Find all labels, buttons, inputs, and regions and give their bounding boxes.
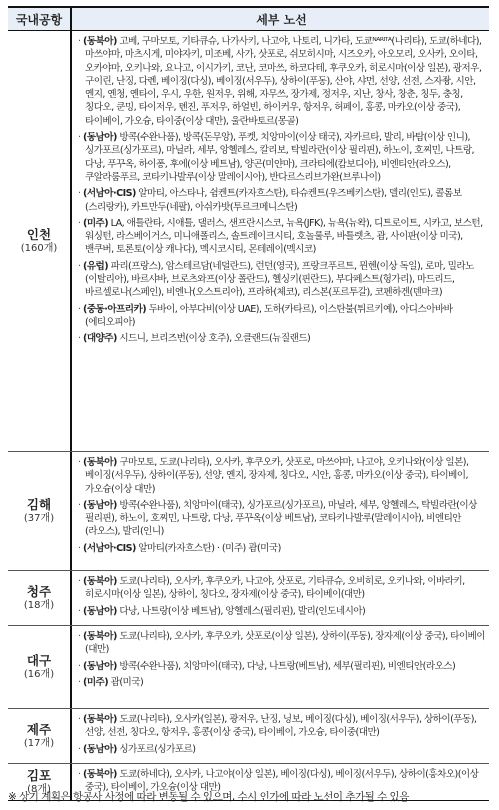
region-group: · (동남아) 싱가포르(싱가포르) <box>78 743 485 756</box>
airport-name: 청주 <box>27 584 51 599</box>
city-list: 도쿄(나리타), 오사카, 후쿠오카, 삿포로(이상 일본), 상하이(푸동),… <box>85 631 485 655</box>
routes-cell: · (동북아) 도쿄(나리타), 오사카, 후쿠오카, 나고야, 삿포로, 기타… <box>72 571 489 625</box>
airport-name: 인천 <box>27 227 51 242</box>
city-list: 도쿄(나리타), 오사카, 후쿠오카, 나고야, 삿포로, 기타큐슈, 오비히로… <box>85 576 465 600</box>
region-label: (미주) <box>83 218 108 229</box>
region-group: · (서남아·CIS) 알마티, 아스타나, 쉼켄트(카자흐스탄), 타슈켄트(… <box>78 187 485 214</box>
region-label: (유럽) <box>83 261 108 272</box>
airport-name: 제주 <box>27 722 51 737</box>
city-list: 방콕(수완나품), 치앙마이(태국), 다낭, 나트랑(베트남), 세부(필리핀… <box>117 661 455 672</box>
table-row: 대구 (16개)· (동북아) 도쿄(나리타), 오사카, 후쿠오카, 삿포로(… <box>8 626 489 709</box>
region-label: (동남아) <box>83 744 117 755</box>
city-list: 괌(미국) <box>108 677 143 688</box>
airport-cell: 대구 (16개) <box>8 626 72 708</box>
airport-cell: 제주 (17개) <box>8 709 72 763</box>
table-row: 김해 (37개)· (동북아) 구마모토, 도쿄(나리타), 오사카, 후쿠오카… <box>8 452 489 571</box>
region-label: (대양주) <box>83 333 117 344</box>
city-list: 도쿄(나리타), 오사카(일본), 광저우, 난징, 닝보, 베이징(다싱), … <box>85 714 476 738</box>
region-label: (동북아) <box>83 457 117 468</box>
region-label: (동남아) <box>83 661 117 672</box>
route-count: (18개) <box>24 599 54 612</box>
region-label: (동남아) <box>83 606 117 617</box>
route-count: (17개) <box>24 737 54 750</box>
airport-name: 김포 <box>27 768 51 783</box>
city-list: 구마모토, 도쿄(나리타), 오사카, 후쿠오카, 삿포로, 마쓰야마, 나고야… <box>85 457 469 495</box>
region-label: (동북아) <box>83 714 117 725</box>
airport-cell: 김해 (37개) <box>8 452 72 570</box>
region-group: · (동북아) 도쿄(나리타), 오사카, 후쿠오카, 삿포로(이상 일본), … <box>78 630 485 657</box>
region-group: · (중동·아프리카) 두바이, 아부다비(이상 UAE), 도하(카타르), … <box>78 303 485 330</box>
region-group: · (동북아) 도쿄(나리타), 오사카(일본), 광저우, 난징, 닝보, 베… <box>78 713 485 740</box>
region-label: (중동·아프리카) <box>83 304 146 315</box>
airport-name: 김해 <box>27 497 51 512</box>
route-count: (37개) <box>24 512 54 525</box>
footnote: ※ 상기 계획은 항공사 사정에 따라 변동될 수 있으며, 수시 인가에 따라… <box>8 789 409 804</box>
table-row: 제주 (17개)· (동북아) 도쿄(나리타), 오사카(일본), 광저우, 난… <box>8 709 489 764</box>
region-label: (서남아·CIS) <box>83 188 136 199</box>
city-list: 고베, 구마모토, 기타큐슈, 나가사키, 나고야, 나토리, 니가타, 도쿄ᴺ… <box>85 36 481 127</box>
routes-cell: · (동북아) 도쿄(나리타), 오사카, 후쿠오카, 삿포로(이상 일본), … <box>72 626 489 708</box>
city-list: 알마티, 아스타나, 쉼켄트(카자흐스탄), 타슈켄트(우즈베키스탄), 델리(… <box>85 188 461 212</box>
region-group: · (유럽) 파리(프랑스), 암스테르담(네덜란드), 런던(영국), 프랑크… <box>78 260 485 300</box>
city-list: 파리(프랑스), 암스테르담(네덜란드), 런던(영국), 프랑크푸르트, 뮌헨… <box>85 261 474 299</box>
city-list: LA, 애틀란타, 시애틀, 댈러스, 샌프란시스코, 뉴욕(JFK), 뉴욕(… <box>85 218 483 256</box>
header-routes: 세부 노선 <box>72 8 489 30</box>
region-label: (동북아) <box>83 631 117 642</box>
routes-cell: · (동북아) 고베, 구마모토, 기타큐슈, 나가사키, 나고야, 나토리, … <box>72 31 489 451</box>
city-list: 싱가포르(싱가포르) <box>117 744 196 755</box>
city-list: 다낭, 나트랑(이상 베트남), 앙헬레스(필리핀), 발리(인도네시아) <box>117 606 365 617</box>
table-row: 인천 (160개)· (동북아) 고베, 구마모토, 기타큐슈, 나가사키, 나… <box>8 31 489 452</box>
region-group: · (동남아) 방콕(수완나품), 방콕(돈무앙), 푸켓, 치앙마이(이상 태… <box>78 131 485 184</box>
city-list: 알마티(카자흐스탄) · (미주) 괌(미국) <box>136 543 281 554</box>
header-airport: 국내공항 <box>8 8 72 30</box>
airport-cell: 인천 (160개) <box>8 31 72 451</box>
city-list: 방콕(수완나품), 치앙마이(태국), 싱가포르(싱가포르), 마닐라, 세부,… <box>85 500 477 538</box>
region-label: (미주) <box>83 677 108 688</box>
route-count: (16개) <box>24 668 54 681</box>
region-group: · (동남아) 방콕(수완나품), 치앙마이(태국), 싱가포르(싱가포르), … <box>78 499 485 539</box>
table-row: 청주 (18개)· (동북아) 도쿄(나리타), 오사카, 후쿠오카, 나고야,… <box>8 571 489 626</box>
airport-name: 대구 <box>27 653 51 668</box>
region-group: · (미주) 괌(미국) <box>78 676 485 689</box>
city-list: 방콕(수완나품), 방콕(돈무앙), 푸켓, 치앙마이(이상 태국), 자카르타… <box>85 132 474 183</box>
region-label: (동남아) <box>83 132 117 143</box>
route-table: 국내공항 세부 노선 인천 (160개)· (동북아) 고베, 구마모토, 기타… <box>8 6 489 801</box>
routes-cell: · (동북아) 도쿄(나리타), 오사카(일본), 광저우, 난징, 닝보, 베… <box>72 709 489 763</box>
region-group: · (동남아) 다낭, 나트랑(이상 베트남), 앙헬레스(필리핀), 발리(인… <box>78 605 485 618</box>
region-label: (서남아·CIS) <box>83 543 136 554</box>
region-label: (동북아) <box>83 576 117 587</box>
region-group: · (미주) LA, 애틀란타, 시애틀, 댈러스, 샌프란시스코, 뉴욕(JF… <box>78 217 485 257</box>
airport-cell: 청주 (18개) <box>8 571 72 625</box>
city-list: 시드니, 브리즈번(이상 호주), 오클랜드(뉴질랜드) <box>117 333 310 344</box>
region-group: · (동북아) 도쿄(나리타), 오사카, 후쿠오카, 나고야, 삿포로, 기타… <box>78 575 485 602</box>
region-label: (동북아) <box>83 769 117 780</box>
region-group: · (대양주) 시드니, 브리즈번(이상 호주), 오클랜드(뉴질랜드) <box>78 332 485 345</box>
region-group: · (동북아) 구마모토, 도쿄(나리타), 오사카, 후쿠오카, 삿포로, 마… <box>78 456 485 496</box>
region-group: · (동남아) 방콕(수완나품), 치앙마이(태국), 다낭, 나트랑(베트남)… <box>78 660 485 673</box>
region-group: · (동북아) 고베, 구마모토, 기타큐슈, 나가사키, 나고야, 나토리, … <box>78 35 485 128</box>
routes-cell: · (동북아) 구마모토, 도쿄(나리타), 오사카, 후쿠오카, 삿포로, 마… <box>72 452 489 570</box>
table-header: 국내공항 세부 노선 <box>8 8 489 31</box>
region-group: · (서남아·CIS) 알마티(카자흐스탄) · (미주) 괌(미국) <box>78 542 485 555</box>
region-label: (동북아) <box>83 36 117 47</box>
region-label: (동남아) <box>83 500 117 511</box>
route-count: (160개) <box>21 242 58 255</box>
